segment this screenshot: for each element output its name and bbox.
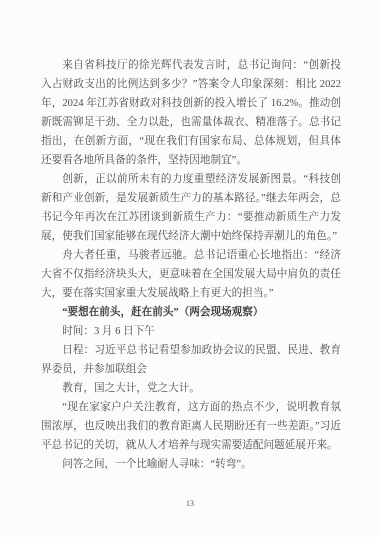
paragraph-agenda: 日程：习近平总书记看望参加政协会议的民盟、民进、教育界委员，并参加联组会 bbox=[41, 341, 341, 379]
paragraph-metaphor: 问答之间，一个比喻耐人寻味：“转弯”。 bbox=[41, 455, 341, 474]
section-heading: “要想在前头，赶在前头”（两会现场观察） bbox=[41, 303, 341, 322]
paragraph-big-province-responsibility: 舟大者任重，马骏者远驰。总书记语重心长地指出：“经济大省不仅指经济块头大，更意味… bbox=[41, 246, 341, 303]
page-content: 来自省科技厅的徐光辉代表发言时，总书记询问：“创新投入占财政支出的比例达到多少？… bbox=[41, 56, 341, 474]
page-number: 13 bbox=[0, 499, 380, 508]
paragraph-innovation-investment: 来自省科技厅的徐光辉代表发言时，总书记询问：“创新投入占财政支出的比例达到多少？… bbox=[41, 56, 341, 170]
document-page: 来自省科技厅的徐光辉代表发言时，总书记询问：“创新投入占财政支出的比例达到多少？… bbox=[0, 0, 380, 537]
paragraph-education-concern: “现在家家户户关注教育，这方面的热点不少，说明教育氛围浓厚，也反映出我们的教育距… bbox=[41, 398, 341, 455]
paragraph-new-productive-forces: 创新，正以前所未有的力度重塑经济发展新图景。“科技创新和产业创新，是发展新质生产… bbox=[41, 170, 341, 246]
paragraph-time: 时间：3 月 6 日下午 bbox=[41, 322, 341, 341]
paragraph-education-plan: 教育，国之大计，党之大计。 bbox=[41, 379, 341, 398]
